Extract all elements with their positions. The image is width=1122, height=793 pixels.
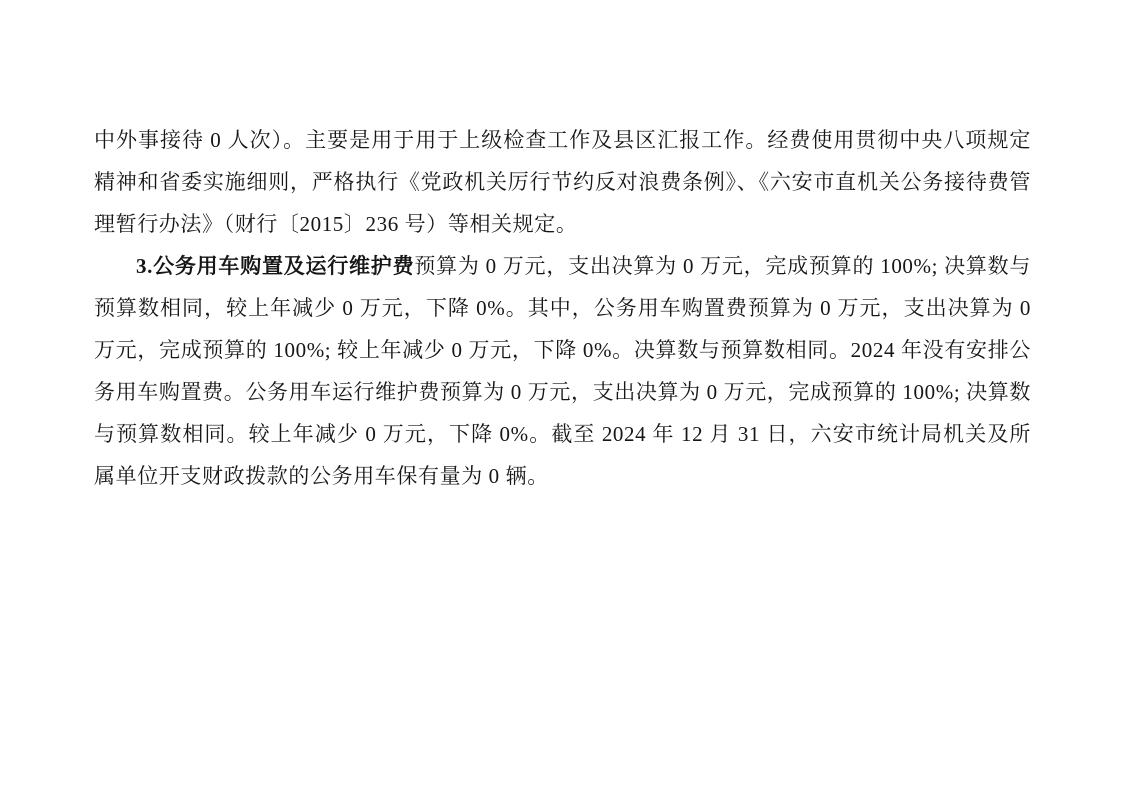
paragraph-heading-run: 3.公务用车购置及运行维护费 bbox=[136, 254, 414, 278]
paragraph: 中外事接待 0 人次）。主要是用于用于上级检查工作及县区汇报工作。经费使用贯彻中… bbox=[94, 119, 1031, 245]
document-page: 中外事接待 0 人次）。主要是用于用于上级检查工作及县区汇报工作。经费使用贯彻中… bbox=[0, 0, 1122, 793]
paragraph: 3.公务用车购置及运行维护费预算为 0 万元，支出决算为 0 万元，完成预算的 … bbox=[94, 245, 1031, 497]
paragraph-text-run: 中外事接待 0 人次）。主要是用于用于上级检查工作及县区汇报工作。经费使用贯彻中… bbox=[94, 128, 1031, 236]
document-body: 中外事接待 0 人次）。主要是用于用于上级检查工作及县区汇报工作。经费使用贯彻中… bbox=[94, 119, 1031, 497]
paragraph-text-run: 预算为 0 万元，支出决算为 0 万元，完成预算的 100%; 决算数与预算数相… bbox=[94, 254, 1031, 488]
